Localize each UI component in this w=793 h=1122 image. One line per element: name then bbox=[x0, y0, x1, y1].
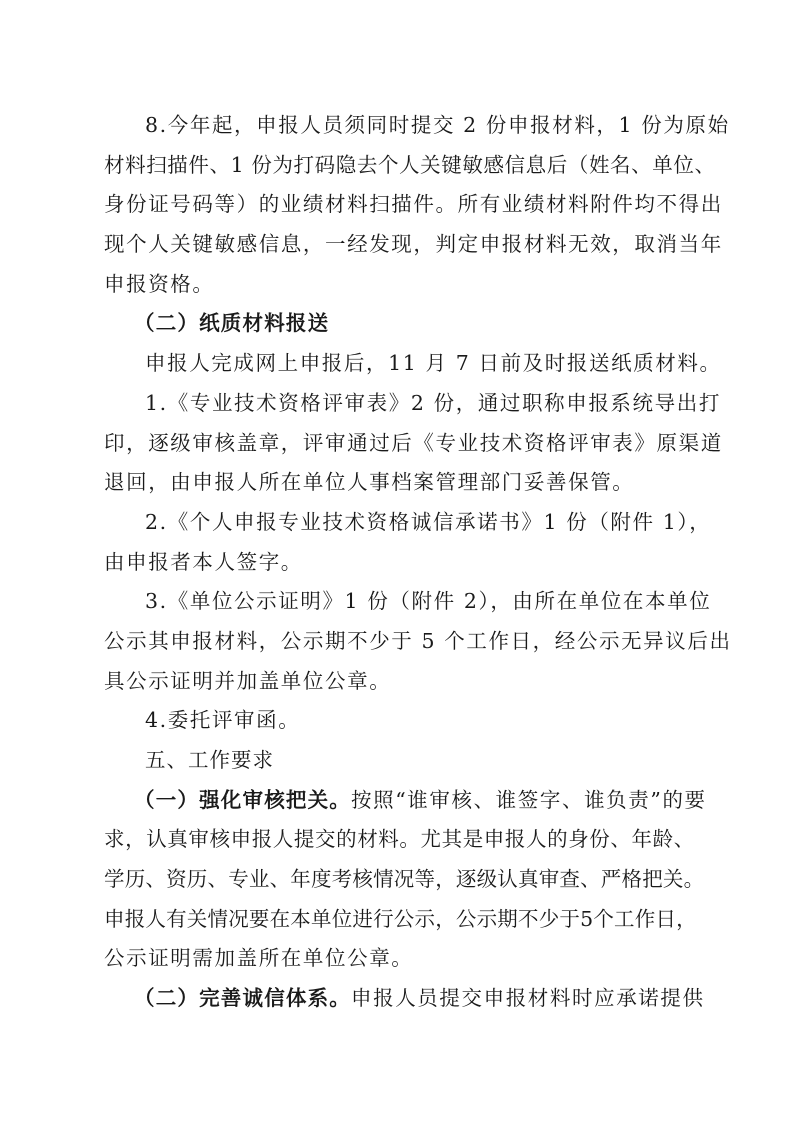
item8-line-3: 身份证号码等）的业绩材料扫描件。所有业绩材料附件均不得出 bbox=[104, 185, 694, 225]
section-paper-heading: （二）纸质材料报送 bbox=[104, 304, 694, 344]
sub1-line-2: 求，认真审核申报人提交的材料。尤其是申报人的身份、年龄、 bbox=[104, 820, 694, 860]
section-five-heading: 五、工作要求 bbox=[104, 741, 694, 781]
paper-item3-line-2: 公示其申报材料，公示期不少于 5 个工作日，经公示无异议后出 bbox=[104, 622, 694, 662]
item8-line-1: 8.今年起，申报人员须同时提交 2 份申报材料，1 份为原始 bbox=[104, 106, 694, 146]
paper-item2-line-1: 2.《个人申报专业技术资格诚信承诺书》1 份（附件 1）， bbox=[104, 503, 694, 543]
item8-line-2: 材料扫描件、1 份为打码隐去个人关键敏感信息后（姓名、单位、 bbox=[104, 146, 694, 186]
sub1-line-5: 公示证明需加盖所在单位公章。 bbox=[104, 939, 694, 979]
paper-item1-line-1: 1.《专业技术资格评审表》2 份，通过职称申报系统导出打 bbox=[104, 384, 694, 424]
document-page: 8.今年起，申报人员须同时提交 2 份申报材料，1 份为原始 材料扫描件、1 份… bbox=[104, 106, 694, 1019]
sub2-line-1: （二）完善诚信体系。申报人员提交申报材料时应承诺提供 bbox=[104, 979, 694, 1019]
sub1-line-1: （一）强化审核把关。按照“谁审核、谁签字、谁负责”的要 bbox=[104, 781, 694, 821]
item8-line-4: 现个人关键敏感信息，一经发现，判定申报材料无效，取消当年 bbox=[104, 225, 694, 265]
sub1-first-rest: 按照“谁审核、谁签字、谁负责”的要 bbox=[351, 788, 707, 812]
paper-item3-line-1: 3.《单位公示证明》1 份（附件 2），由所在单位在本单位 bbox=[104, 582, 694, 622]
sub2-lead: （二）完善诚信体系。 bbox=[134, 986, 351, 1010]
paper-item1-line-2: 印，逐级审核盖章，评审通过后《专业技术资格评审表》原渠道 bbox=[104, 424, 694, 464]
paper-item4-line-1: 4.委托评审函。 bbox=[104, 701, 694, 741]
paper-item3-line-3: 具公示证明并加盖单位公章。 bbox=[104, 662, 694, 702]
sub1-line-4: 申报人有关情况要在本单位进行公示，公示期不少于5个工作日， bbox=[104, 900, 694, 940]
paper-item1-line-3: 退回，由申报人所在单位人事档案管理部门妥善保管。 bbox=[104, 463, 694, 503]
sub2-first-rest: 申报人员提交申报材料时应承诺提供 bbox=[351, 986, 705, 1010]
section-paper-intro: 申报人完成网上申报后，11 月 7 日前及时报送纸质材料。 bbox=[104, 344, 694, 384]
sub1-lead: （一）强化审核把关。 bbox=[134, 788, 351, 812]
paper-item2-line-2: 由申报者本人签字。 bbox=[104, 543, 694, 583]
sub1-line-3: 学历、资历、专业、年度考核情况等，逐级认真审查、严格把关。 bbox=[104, 860, 694, 900]
item8-line-5: 申报资格。 bbox=[104, 265, 694, 305]
